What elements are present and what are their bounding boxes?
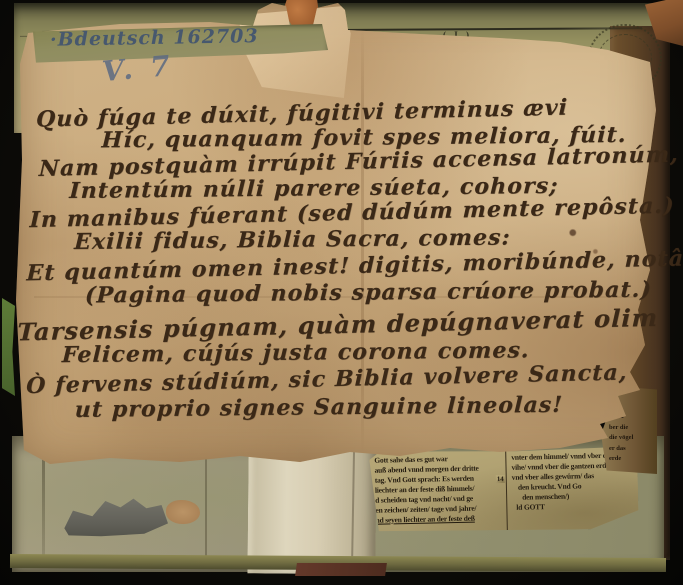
poem-line: ut proprio signes Sanguine lineolas! xyxy=(74,394,563,421)
fragment-verse-number: 14 xyxy=(496,475,505,483)
book-photograph: ( I ) Gott sahe das es gut war auß abend… xyxy=(0,0,683,585)
fragment-line: ld GOTT xyxy=(516,500,635,512)
poem-line: Exilii fidus, Biblia Sacra, comes: xyxy=(74,226,512,253)
poem-line: (Pagina quod nobis sparsa crúore probat.… xyxy=(85,279,653,307)
maroon-scrap xyxy=(295,563,387,576)
fragment-line: nd seyen liechter an der feste deß xyxy=(376,513,504,526)
tan-stain xyxy=(166,500,200,524)
poem: Quò fúga te dúxit, fúgitivi terminus ævi… xyxy=(0,0,683,475)
poem-line: Felicem, cújús justa corona comes. xyxy=(61,339,530,366)
